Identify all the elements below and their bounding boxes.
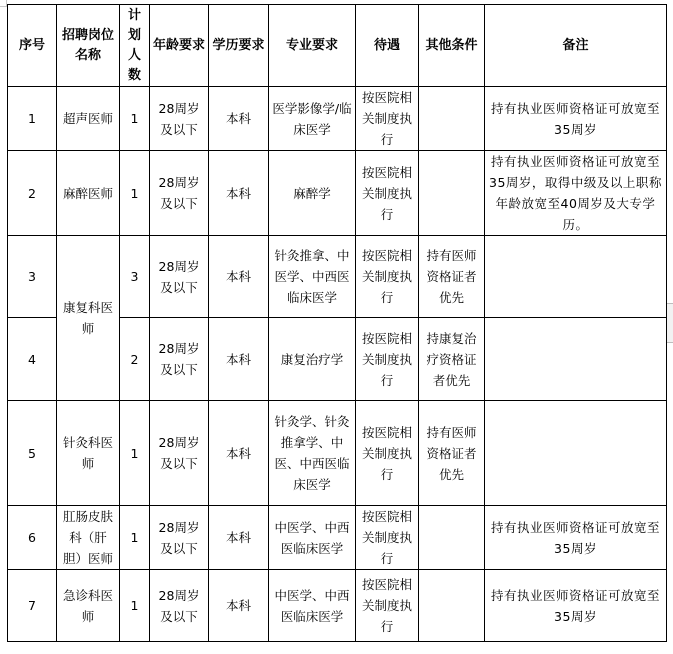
cell-age: 28周岁及以下 (150, 570, 209, 642)
cell-position: 急诊科医师 (57, 570, 120, 642)
cell-index: 5 (8, 401, 57, 506)
header-age: 年龄要求 (150, 5, 209, 87)
header-major: 专业要求 (269, 5, 356, 87)
cell-education: 本科 (209, 236, 269, 318)
cell-education: 本科 (209, 401, 269, 506)
cell-count: 1 (120, 506, 150, 570)
cell-treatment: 按医院相关制度执行 (356, 87, 419, 151)
cell-age: 28周岁及以下 (150, 401, 209, 506)
cell-count: 1 (120, 401, 150, 506)
cell-treatment: 按医院相关制度执行 (356, 506, 419, 570)
cell-treatment: 按医院相关制度执行 (356, 401, 419, 506)
header-other: 其他条件 (419, 5, 485, 87)
cell-major: 麻醉学 (269, 151, 356, 236)
cell-other (419, 87, 485, 151)
cell-age: 28周岁及以下 (150, 151, 209, 236)
header-count: 计划人数 (120, 5, 150, 87)
cell-major: 中医学、中西医临床医学 (269, 570, 356, 642)
cell-position-merged: 康复科医师 (57, 236, 120, 401)
header-index: 序号 (8, 5, 57, 87)
cell-age: 28周岁及以下 (150, 87, 209, 151)
cell-index: 4 (8, 318, 57, 401)
header-remarks: 备注 (485, 5, 667, 87)
cell-age: 28周岁及以下 (150, 506, 209, 570)
cell-age: 28周岁及以下 (150, 318, 209, 401)
cell-remarks (485, 236, 667, 318)
table-row: 3 康复科医师 3 28周岁及以下 本科 针灸推拿、中医学、中西医临床医学 按医… (8, 236, 667, 318)
cell-remarks: 持有执业医师资格证可放宽至35周岁 (485, 570, 667, 642)
cell-position: 肛肠皮肤科（肝胆）医师 (57, 506, 120, 570)
cell-major: 针灸推拿、中医学、中西医临床医学 (269, 236, 356, 318)
cell-education: 本科 (209, 87, 269, 151)
table-row: 6 肛肠皮肤科（肝胆）医师 1 28周岁及以下 本科 中医学、中西医临床医学 按… (8, 506, 667, 570)
cell-education: 本科 (209, 318, 269, 401)
cell-remarks: 持有执业医师资格证可放宽至35周岁 (485, 87, 667, 151)
cell-treatment: 按医院相关制度执行 (356, 570, 419, 642)
side-scroll-handle[interactable] (667, 303, 673, 343)
cell-other (419, 151, 485, 236)
cell-other: 持康复治疗资格证者优先 (419, 318, 485, 401)
cell-count: 1 (120, 151, 150, 236)
cell-index: 1 (8, 87, 57, 151)
cell-age: 28周岁及以下 (150, 236, 209, 318)
cell-education: 本科 (209, 570, 269, 642)
cell-treatment: 按医院相关制度执行 (356, 236, 419, 318)
table-row: 1 超声医师 1 28周岁及以下 本科 医学影像学/临床医学 按医院相关制度执行… (8, 87, 667, 151)
cell-position: 麻醉医师 (57, 151, 120, 236)
cell-count: 3 (120, 236, 150, 318)
cell-remarks (485, 401, 667, 506)
cell-education: 本科 (209, 151, 269, 236)
cell-major: 中医学、中西医临床医学 (269, 506, 356, 570)
table-row: 2 麻醉医师 1 28周岁及以下 本科 麻醉学 按医院相关制度执行 持有执业医师… (8, 151, 667, 236)
cell-index: 6 (8, 506, 57, 570)
cell-other (419, 570, 485, 642)
cell-major: 康复治疗学 (269, 318, 356, 401)
header-treatment: 待遇 (356, 5, 419, 87)
cell-education: 本科 (209, 506, 269, 570)
cell-index: 7 (8, 570, 57, 642)
cell-remarks (485, 318, 667, 401)
cell-treatment: 按医院相关制度执行 (356, 151, 419, 236)
table-row: 7 急诊科医师 1 28周岁及以下 本科 中医学、中西医临床医学 按医院相关制度… (8, 570, 667, 642)
header-position: 招聘岗位名称 (57, 5, 120, 87)
cell-count: 2 (120, 318, 150, 401)
cell-major: 针灸学、针灸推拿学、中医、中西医临床医学 (269, 401, 356, 506)
cell-index: 3 (8, 236, 57, 318)
header-education: 学历要求 (209, 5, 269, 87)
cell-remarks: 持有执业医师资格证可放宽至35周岁，取得中级及以上职称年龄放宽至40周岁及大专学… (485, 151, 667, 236)
cell-other (419, 506, 485, 570)
cell-count: 1 (120, 570, 150, 642)
cell-other: 持有医师资格证者优先 (419, 236, 485, 318)
cell-major: 医学影像学/临床医学 (269, 87, 356, 151)
cell-other: 持有医师资格证者优先 (419, 401, 485, 506)
cell-count: 1 (120, 87, 150, 151)
cell-position: 超声医师 (57, 87, 120, 151)
table-row: 5 针灸科医师 1 28周岁及以下 本科 针灸学、针灸推拿学、中医、中西医临床医… (8, 401, 667, 506)
cell-treatment: 按医院相关制度执行 (356, 318, 419, 401)
document-corner-mark (0, 0, 7, 7)
cell-index: 2 (8, 151, 57, 236)
recruitment-table: 序号 招聘岗位名称 计划人数 年龄要求 学历要求 专业要求 待遇 其他条件 备注… (7, 4, 667, 642)
cell-position: 针灸科医师 (57, 401, 120, 506)
table-header-row: 序号 招聘岗位名称 计划人数 年龄要求 学历要求 专业要求 待遇 其他条件 备注 (8, 5, 667, 87)
cell-remarks: 持有执业医师资格证可放宽至35周岁 (485, 506, 667, 570)
